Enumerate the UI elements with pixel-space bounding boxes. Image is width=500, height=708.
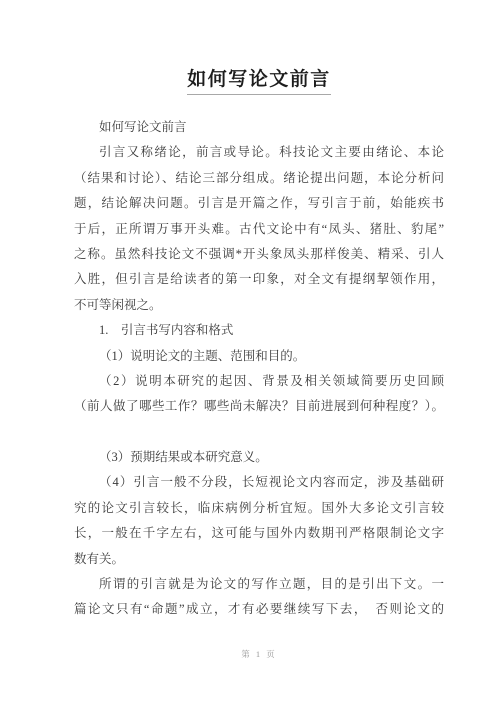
text-line: 之称。虽然科技论文不强调*开头象凤头那样俊美、精采、引人 bbox=[74, 242, 444, 267]
document-body: 如何写论文前言引言又称绪论，前言或导论。科技论文主要由绪论、本论（结果和讨论）、… bbox=[74, 115, 444, 623]
page-number: 第 1 页 bbox=[74, 648, 444, 660]
text-line: 所谓的引言就是为论文的写作立题，目的是引出下文。一 bbox=[74, 572, 444, 597]
text-line: 长，一般在千字左右，这可能与国外内数期刊严格限制论文字 bbox=[74, 521, 444, 546]
text-line: 究的论文引言较长，临床病例分析宜短。国外大多论文引言较 bbox=[74, 496, 444, 521]
text-line: （4）引言一般不分段，长短视论文内容而定，涉及基础研 bbox=[74, 470, 444, 495]
text-line: 于后，正所谓万事开头难。古代文论中有“凤头、猪肚、豹尾” bbox=[74, 217, 444, 242]
text-line: 不可等闲视之。 bbox=[74, 293, 444, 318]
text-line: 如何写论文前言 bbox=[74, 115, 444, 140]
text-line: （结果和讨论）、结论三部分组成。绪论提出问题，本论分析问 bbox=[74, 166, 444, 191]
text-line: 引言又称绪论，前言或导论。科技论文主要由绪论、本论 bbox=[74, 140, 444, 165]
text-line: （1）说明论文的主题、范围和目的。 bbox=[74, 344, 444, 369]
text-line: 数有关。 bbox=[74, 547, 444, 572]
text-line: 题，结论解决问题。引言是开篇之作，写引言于前，始能疾书 bbox=[74, 191, 444, 216]
text-line: 篇论文只有“命题”成立，才有必要继续写下去， 否则论文的 bbox=[74, 597, 444, 622]
text-line: （前人做了哪些工作？哪些尚未解决？目前进展到何种程度？）。 bbox=[74, 394, 444, 419]
document-page: 如何写论文前言 如何写论文前言引言又称绪论，前言或导论。科技论文主要由绪论、本论… bbox=[0, 0, 500, 708]
text-line: （2）说明本研究的起因、背景及相关领域简要历史回顾 bbox=[74, 369, 444, 394]
text-line: 入胜，但引言是给读者的第一印象，对全文有提纲挈领作用， bbox=[74, 267, 444, 292]
text-line: （3）预期结果或本研究意义。 bbox=[74, 445, 444, 470]
blank-line bbox=[74, 420, 444, 445]
text-line: 1. 引言书写内容和格式 bbox=[74, 318, 444, 343]
document-title: 如何写论文前言 bbox=[187, 64, 331, 95]
title-row: 如何写论文前言 bbox=[74, 0, 444, 95]
